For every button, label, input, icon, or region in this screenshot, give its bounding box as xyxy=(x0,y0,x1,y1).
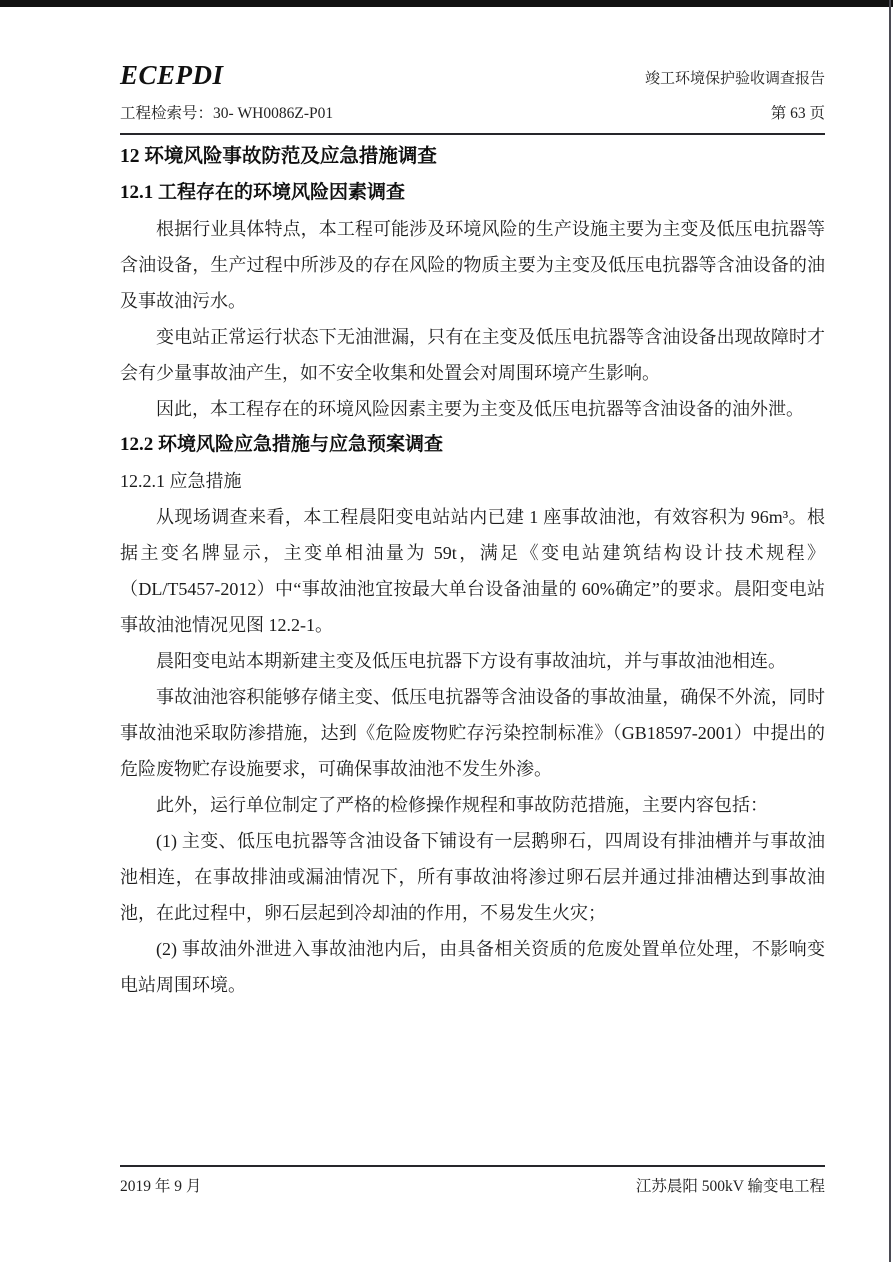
page-content: ECEPDI 竣工环境保护验收调查报告 工程检索号：30- WH0086Z-P0… xyxy=(120,0,825,1003)
chapter-heading: 12 环境风险事故防范及应急措施调查 xyxy=(120,139,825,175)
report-title: 竣工环境保护验收调查报告 xyxy=(645,68,825,90)
header-row-logo: ECEPDI 竣工环境保护验收调查报告 xyxy=(120,60,825,90)
document-page: { "colors": { "top_bar": "#121212", "rig… xyxy=(0,0,893,1262)
footer-date: 2019 年 9 月 xyxy=(120,1176,201,1197)
paragraph: 因此，本工程存在的环境风险因素主要为主变及低压电抗器等含油设备的油外泄。 xyxy=(120,391,825,427)
paragraph: 事故油池容积能够存储主变、低压电抗器等含油设备的事故油量，确保不外流，同时事故油… xyxy=(120,679,825,787)
ecepdi-logo: ECEPDI xyxy=(120,60,224,90)
paragraph: 根据行业具体特点，本工程可能涉及环境风险的生产设施主要为主变及低压电抗器等含油设… xyxy=(120,211,825,319)
page-footer: 2019 年 9 月 江苏晨阳 500kV 输变电工程 xyxy=(120,1165,825,1197)
doc-index-number: 工程检索号：30- WH0086Z-P01 xyxy=(120,103,333,124)
right-border-line xyxy=(889,0,891,1262)
header-row-meta: 工程检索号：30- WH0086Z-P01 第 63 页 xyxy=(120,103,825,124)
list-item-paragraph: (1) 主变、低压电抗器等含油设备下铺设有一层鹅卵石，四周设有排油槽并与事故油池… xyxy=(120,823,825,931)
section-heading-12-1: 12.1 工程存在的环境风险因素调查 xyxy=(120,175,825,211)
list-item-paragraph: (2) 事故油外泄进入事故油池内后，由具备相关资质的危废处置单位处理，不影响变电… xyxy=(120,931,825,1003)
page-header: ECEPDI 竣工环境保护验收调查报告 工程检索号：30- WH0086Z-P0… xyxy=(120,0,825,135)
paragraph: 从现场调查来看，本工程晨阳变电站站内已建 1 座事故油池，有效容积为 96m³。… xyxy=(120,499,825,643)
paragraph: 变电站正常运行状态下无油泄漏，只有在主变及低压电抗器等含油设备出现故障时才会有少… xyxy=(120,319,825,391)
document-body: 12 环境风险事故防范及应急措施调查 12.1 工程存在的环境风险因素调查 根据… xyxy=(120,135,825,1003)
section-heading-12-2: 12.2 环境风险应急措施与应急预案调查 xyxy=(120,427,825,463)
footer-rule xyxy=(120,1165,825,1167)
footer-row: 2019 年 9 月 江苏晨阳 500kV 输变电工程 xyxy=(120,1176,825,1197)
footer-project-name: 江苏晨阳 500kV 输变电工程 xyxy=(636,1176,825,1197)
paragraph: 晨阳变电站本期新建主变及低压电抗器下方设有事故油坑，并与事故油池相连。 xyxy=(120,643,825,679)
page-number: 第 63 页 xyxy=(771,103,825,124)
paragraph: 此外，运行单位制定了严格的检修操作规程和事故防范措施，主要内容包括： xyxy=(120,787,825,823)
subsection-heading-12-2-1: 12.2.1 应急措施 xyxy=(120,463,825,499)
